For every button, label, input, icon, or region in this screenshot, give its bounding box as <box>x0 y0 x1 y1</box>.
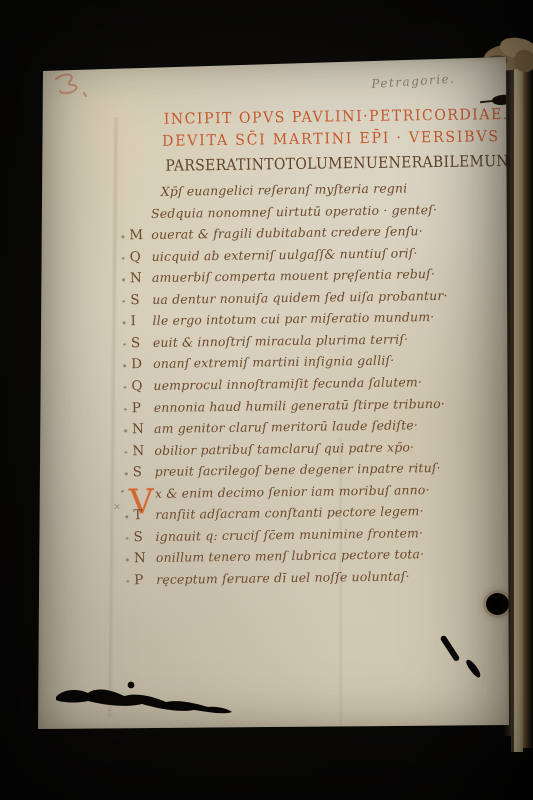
verse-initial: N <box>132 421 154 437</box>
verse-text: Xp̄ſ euangelici reſeranſ myſteria regni <box>151 180 408 199</box>
verse-initial: S <box>131 335 153 351</box>
page-block-edge <box>514 50 523 752</box>
verse-text: am genitor claruſ meritorū laude ſediſt… <box>154 417 418 436</box>
verse-initial: S <box>133 529 155 545</box>
verse-initial: N <box>132 443 154 459</box>
verse-text: ennonia haud humili generatū ſtirpe tri… <box>154 395 445 414</box>
verse-text: ranſiit adſacram conſtanti pectore legem… <box>155 503 424 522</box>
verse-text: ignauit q: cruciſ ſc̄em munimine frontem… <box>155 525 423 544</box>
verse-text: amuerbiſ comperta mouent pręſentia rebuſ… <box>152 266 435 285</box>
verse-initial: S <box>130 292 152 308</box>
verse-initial: P <box>134 572 156 588</box>
ink-blot-bottom <box>48 679 238 719</box>
verse-initial: N <box>134 550 156 566</box>
verse-text: ua dentur nonuiſa quidem ſed uiſa proban… <box>152 288 448 307</box>
margin-x-mark: × <box>113 502 121 512</box>
verse-lines: Xp̄ſ euangelici reſeranſ myſteria regni … <box>129 179 525 614</box>
verse-text: uemprocul innoſtramiſit fecunda ſalutem· <box>153 374 422 393</box>
verse-text: ouerat & fragili dubitabant credere ſenſ… <box>151 223 423 242</box>
verse-text: Sedquia nonomneſ uirtutū operatio · gen… <box>151 202 437 221</box>
cover-edge <box>523 48 533 748</box>
verse-text: x & enim decimo ſenior iam moribuſ anno· <box>155 482 430 501</box>
verse-text: uicquid ab externiſ uulgaſſ& nuntiuſ ori… <box>152 245 418 264</box>
verse-initial: I <box>130 313 152 329</box>
verse-initial: Q <box>130 249 152 265</box>
text-block: Petragorie. INCIPIT OPVS PAVLINI·PETRICO… <box>37 51 517 732</box>
manuscript-page: Petragorie. INCIPIT OPVS PAVLINI·PETRICO… <box>38 57 509 731</box>
verse-text: obilior patribuſ tamclaruſ qui patre xp̄… <box>154 439 414 458</box>
verse-initial: Q <box>131 378 153 394</box>
verse-text: ręceptum ſeruare dī uel noſſe uoluntaſ· <box>156 568 410 587</box>
verse-text: onanſ extremiſ martini inſignia galliſ· <box>153 353 394 371</box>
verse-text: preuit ſacrilegoſ bene degener inpatre r… <box>155 460 441 479</box>
wormhole <box>486 593 509 615</box>
photo-background: Petragorie. INCIPIT OPVS PAVLINI·PETRICO… <box>0 0 533 800</box>
verse-initial: P <box>132 399 154 415</box>
first-verse-capitals: PARSERATINTOTOLUMENUENERABILEMUNDO <box>165 152 532 175</box>
verse-initial: S <box>133 464 155 480</box>
verse-initial: N <box>130 270 152 286</box>
flyleaf-inscription: Petragorie. <box>371 72 456 92</box>
rubric-incipit-line-1: INCIPIT OPVS PAVLINI·PETRICORDIAE. <box>164 105 509 128</box>
verse-text: lle ergo intotum cui par miſeratio mundu… <box>152 309 434 328</box>
verse-initial: T <box>133 507 155 523</box>
rubric-incipit-line-2: DEVITA SC̄I MARTINI EP̄I · VERSIBVS <box>162 127 500 150</box>
verse-text: euit & innoſtriſ miracula plurima terriſ… <box>153 331 409 350</box>
verse-initial: D <box>131 356 153 372</box>
verse-line: D onanſ extremiſ martini inſignia galliſ… <box>131 353 395 378</box>
verse-initial: M <box>129 227 151 243</box>
verse-line: P ręceptum ſeruare dī uel noſſe uolunta… <box>134 568 410 593</box>
verse-text: onillum tenero menſ lubrica pectore tota… <box>156 547 425 566</box>
